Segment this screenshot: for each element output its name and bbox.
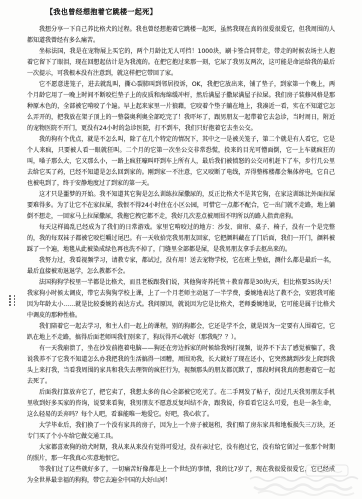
paragraph: 它不愿意进笼子，进去就乱叫，撕心裂肺叫到邻居投诉，OK，我把它放出来，铺了垫子，… xyxy=(27,79,335,134)
paragraph: 等我们过了这些就好多了，一切痛苦好像都是上一个世纪的事情，我的比7岁了，现在我很… xyxy=(27,464,335,486)
margin-dots-icon xyxy=(9,295,17,306)
paragraph: 我的狗有个优点，就是不怎么叫，除了在几个特定的情况下，其中之一是被关笼子，第二个… xyxy=(27,134,335,189)
paragraph: 这才只是噩梦的开始。我不知道其它狗是怎么训练拉屎撒尿的，反正比格犬不是其它狗，在… xyxy=(27,189,335,222)
paragraph: 后面我打算放弃它了，把它卖了，我想太多的良心全部被它吃光了。在二手网发了帖子，没… xyxy=(27,387,335,420)
paragraph: 大学毕业后，我们换了一个没有家具的房子，因为上一个房子被退租，我们赔了房东家具和… xyxy=(27,420,335,442)
article-body: 我想分享一下自己养比格犬的过程。我也曾经想抱着它跳楼一起死，虽然我现在真的很爱很… xyxy=(27,24,335,486)
paragraph: 大家都喜欢狗的幼犬时期，我从来从来没有觉得可爱过，没有亲过它，没有抱过它，没有给… xyxy=(27,442,335,464)
paragraph: 我想分享一下自己养比格犬的过程。我也曾经想抱着它跳楼一起死，虽然我现在真的很爱很… xyxy=(27,24,335,46)
document-page: 【我也曾经想抱着它跳楼一起死】 我想分享一下自己养比格犬的过程。我也曾经想抱着它… xyxy=(0,0,362,499)
paragraph: 坐标法国，我是在宠物展上买它的，两个月龄比无人可挡！1000块，刷卡签合同带走，… xyxy=(27,46,335,79)
page-title: 【我也曾经想抱着它跳楼一起死】 xyxy=(46,8,362,17)
paragraph: 每天这样捣乱已经成为了我们的日常游戏。家里它啃咬过的地方：沙发、窗帘、桌子、椅子… xyxy=(27,222,335,255)
paragraph: 我们陪着它一起去学习，和主人们一起上的课程，别的狗都会，它还是学不会，就是因为一… xyxy=(27,321,335,343)
paragraph: 有一天我崩溃了，坐在沙发前抱着电脑——狗还在旁边拆家的时候给我妈打视频，说养不下… xyxy=(27,343,335,387)
paragraph: 法国狗狗学校里一半都是比格犬，而且老板跟我们说，其他狗寄养托管＋教育都是30块/… xyxy=(27,277,335,321)
paragraph: 我努力过，我看视频学习，请教专家，都试过，没有用！送去宠物学校，它在班上垫底，测… xyxy=(27,255,335,277)
